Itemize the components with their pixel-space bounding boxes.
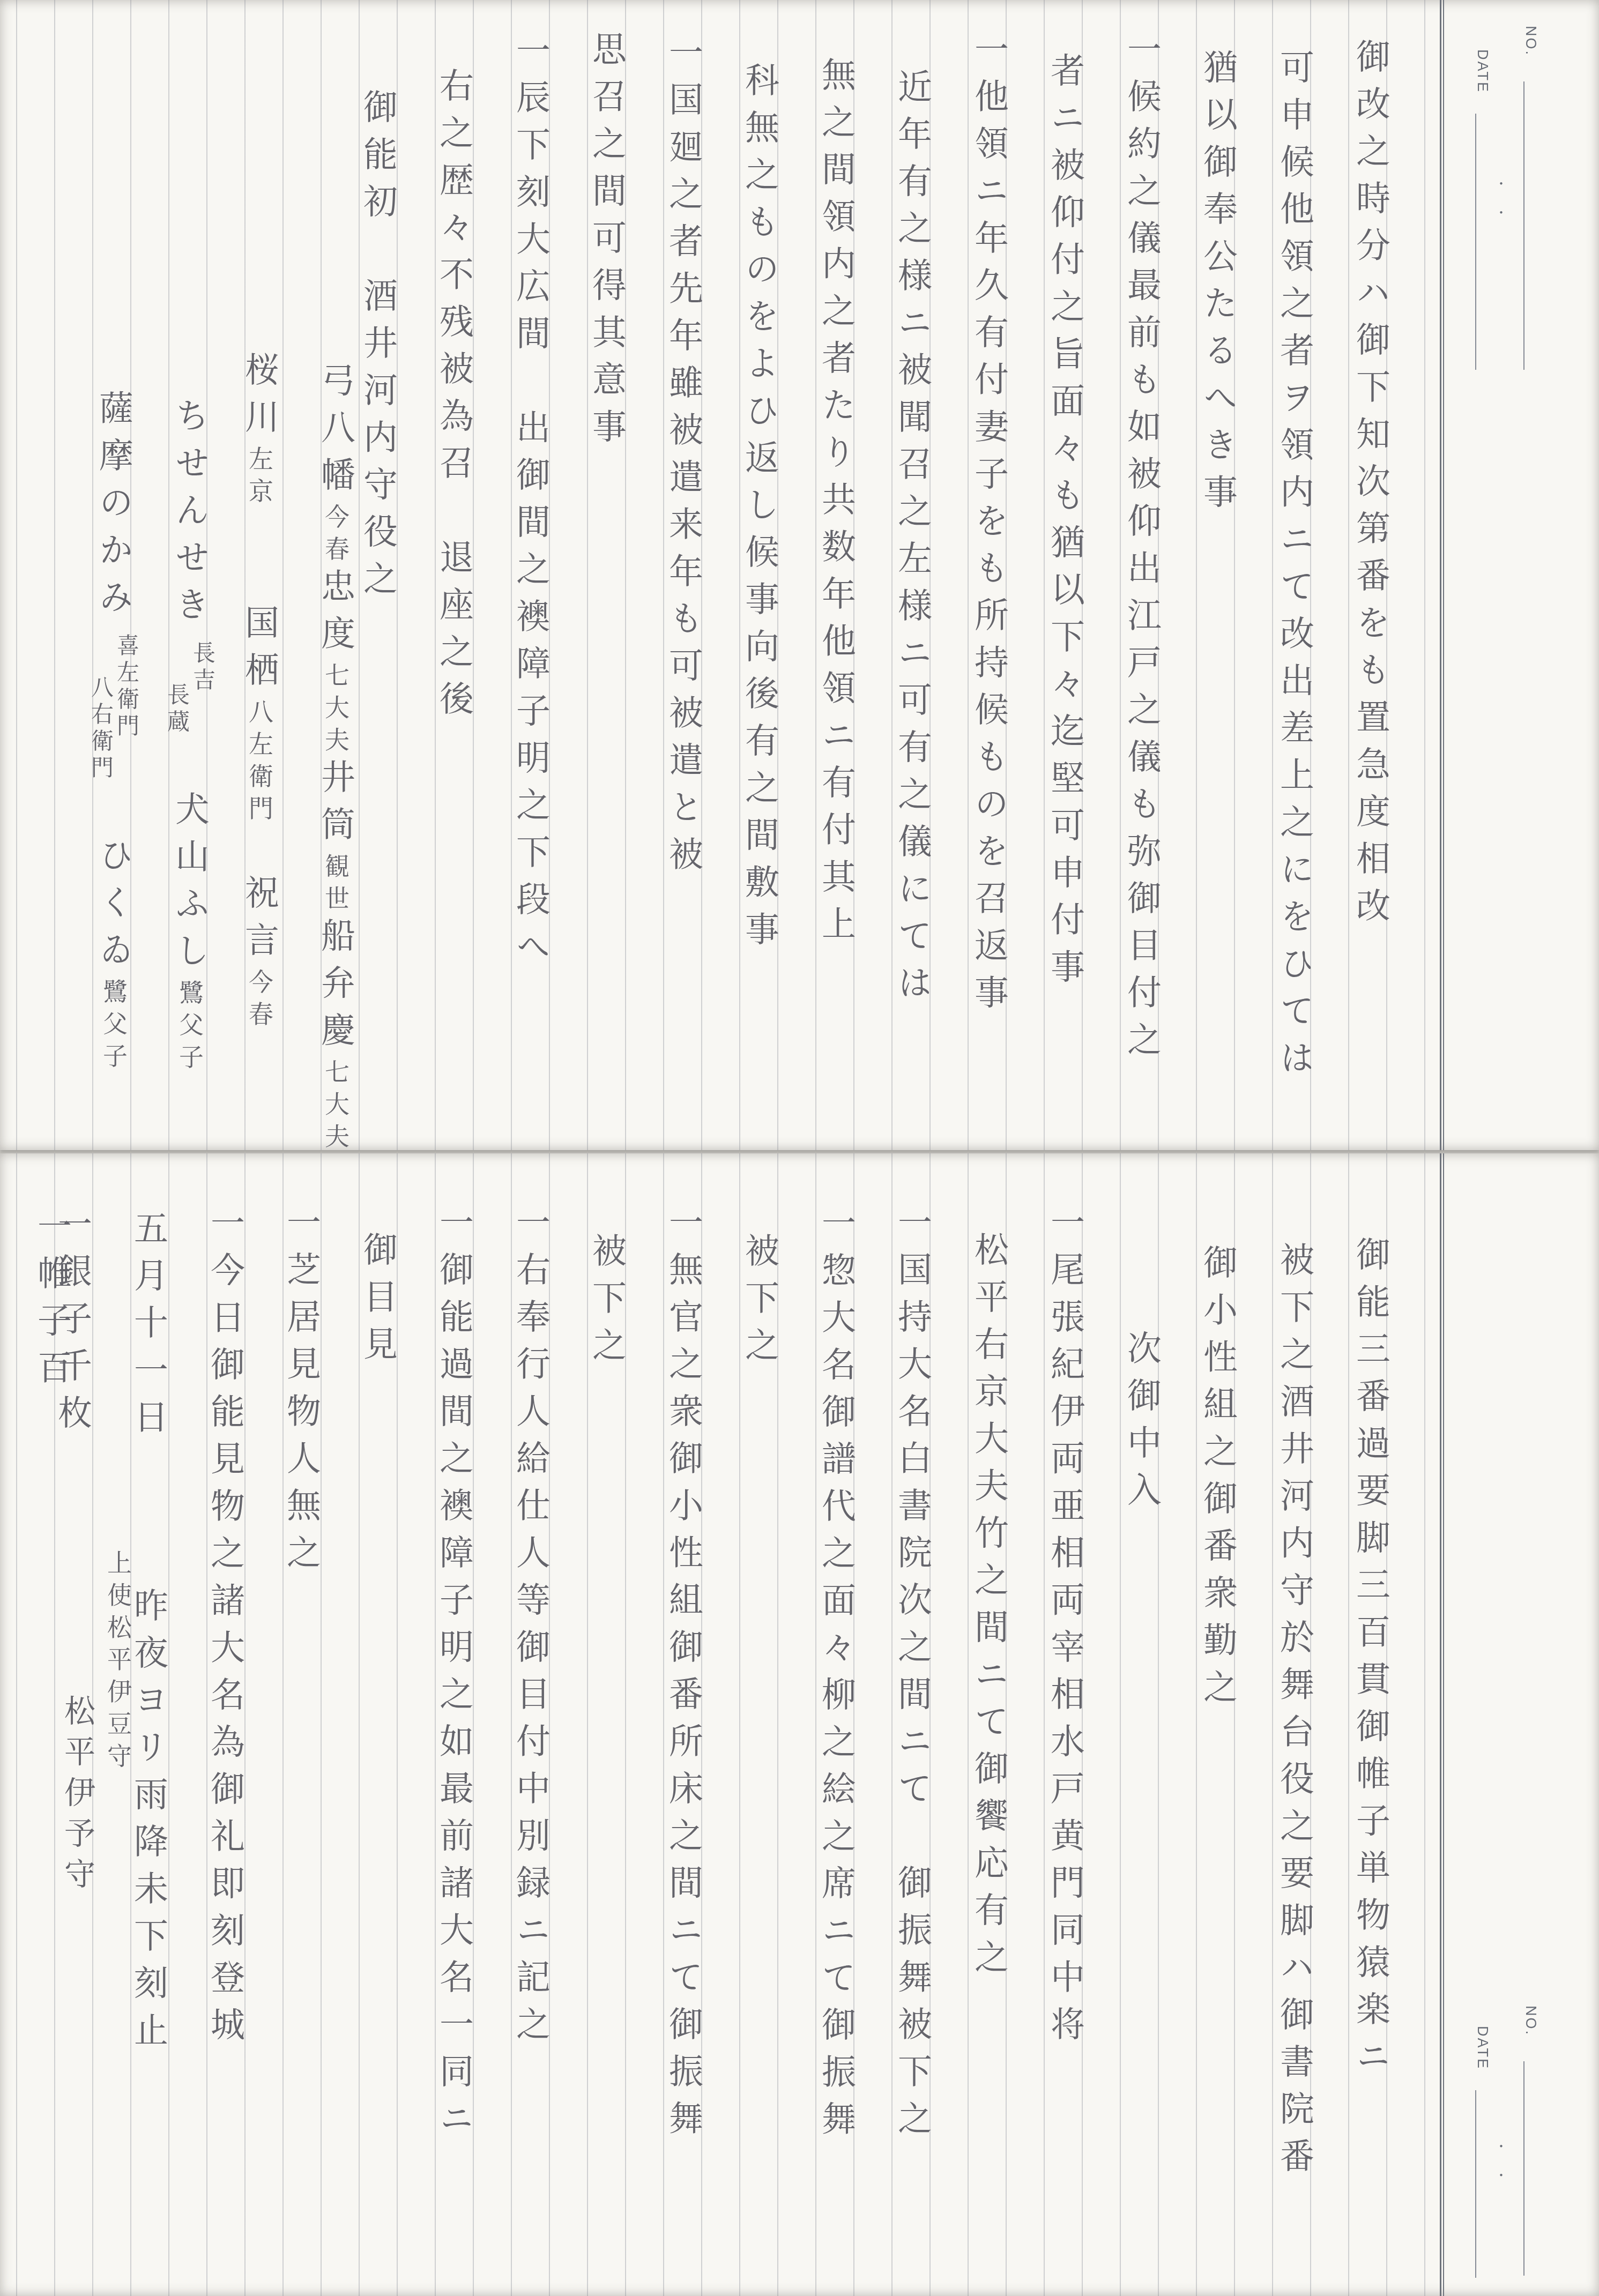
handwritten-column: 可申候他領之者ヲ領内ニて改出差上之にをひては — [1277, 49, 1311, 1087]
handwritten-column: 被下之 — [589, 1233, 623, 1374]
play-title: 弓八幡 — [316, 362, 354, 504]
no-label: NO. — [1522, 26, 1539, 56]
handwritten-column: 科無之ものをよひ返し候事向後有之間敷事 — [742, 62, 776, 958]
notebook-page-2: NO. DATE ・・ 御能三番過要脚三百貫御帷子単物猿楽ニ 被下之酒井河内守於… — [0, 1153, 1599, 2296]
handwritten-column: 一惣大名御譜代之面々柳之絵之席ニて御振舞 — [819, 1205, 853, 2148]
date-fill-line — [1475, 114, 1476, 370]
handwritten-column: 被下之酒井河内守於舞台役之要脚ハ御書院番 — [1277, 1242, 1311, 2185]
margin-double-line — [1440, 1153, 1444, 2296]
handwritten-column: 松平右京大夫竹之間ニて御饗応有之 — [971, 1232, 1006, 1986]
play-title: 忠度 — [316, 568, 354, 662]
performer-name-pair: 長吉長蔵 — [165, 641, 213, 736]
margin-double-line — [1440, 0, 1444, 1150]
handwritten-column: 被下之 — [742, 1233, 776, 1374]
handwritten-column: 一国持大名白書院次之間ニて 御振舞被下之 — [895, 1204, 929, 2148]
play-title: 犬山ふし — [170, 744, 209, 980]
date-label: DATE — [1474, 49, 1491, 93]
handwritten-column: 次御中入 — [1124, 1330, 1158, 1519]
performer-name: 観世 — [322, 853, 349, 918]
no-fill-line — [1523, 81, 1524, 370]
handwritten-column: 思召之間可得其意事 — [589, 31, 623, 456]
handwritten-column: 一御能過間之襖障子明之如最前諸大名一同ニ — [436, 1204, 471, 2148]
scanned-notebook: NO. DATE ・・ 御改之時分ハ御下知次第番をも置急度相改 可申候他領之者ヲ… — [0, 0, 1599, 2296]
handwritten-column: 一辰下刻大広間 出御間之襖障子明之下段へ — [513, 32, 547, 975]
handwritten-column: 一右奉行人給仕人等御目付中別録ニ記之 — [513, 1204, 547, 2053]
play-title: ひくゐ — [94, 790, 132, 979]
performer-name: 七大夫 — [322, 662, 349, 759]
date-entry-column: 五月十一日 昨夜ヨリ雨降未下刻止 — [131, 1210, 165, 2059]
notebook-page-1: NO. DATE ・・ 御改之時分ハ御下知次第番をも置急度相改 可申候他領之者ヲ… — [0, 0, 1599, 1150]
envoy-annotation: 上使松平伊豆守 — [105, 1550, 130, 1775]
handwritten-column: 一国廻之者先年雖被遣来年も可被遣と被 — [666, 34, 700, 883]
performer-name-pair: 喜左衛門八右衛門 — [89, 633, 137, 782]
handwritten-column: 一今日御能見物之諸大名為御礼即刻登城 — [207, 1205, 242, 2054]
handwritten-column: 一無官之衆御小性組御番所床之間ニて御振舞 — [666, 1204, 700, 2148]
play-title: ちせんせき — [170, 398, 209, 633]
handwritten-column: 御小性組之御番衆勤之 — [1200, 1244, 1234, 1716]
no-fill-line — [1523, 2061, 1524, 2276]
date-separator-dots: ・・ — [1490, 177, 1509, 235]
play-title: 船弁慶 — [316, 918, 354, 1059]
handwritten-column: 御目見 — [360, 1232, 395, 1373]
handwritten-column: 御改之時分ハ御下知次第番をも置急度相改 — [1353, 39, 1387, 935]
performer-name: 左京 — [246, 446, 273, 510]
performer-name: 七大夫 — [322, 1059, 349, 1156]
performer-name: 喜左衛門 — [115, 633, 137, 782]
handwritten-column: 右之歴々不残被為召 退座之後 — [436, 68, 471, 728]
performer-name: 八左衛門 — [246, 699, 273, 828]
date-label: DATE — [1474, 2026, 1491, 2070]
date-fill-line — [1475, 2090, 1476, 2278]
kyogen-program-column: 薩摩のかみ喜左衛門八右衛門 ひくゐ鷺父子 — [55, 85, 172, 1075]
handwritten-column: 者ニ被仰付之旨面々も猶以下々迄堅可申付事 — [1047, 53, 1082, 996]
performer-name: 今春 — [246, 969, 273, 1033]
date-separator-dots: ・・ — [1490, 2140, 1509, 2197]
handwritten-column: 御能三番過要脚三百貫御帷子単物猿楽ニ — [1353, 1236, 1387, 2085]
handwritten-column: 一他領ニ年久有付妻子をも所持候ものを召返事 — [971, 31, 1006, 1022]
performer-name: 鷺父子 — [176, 980, 203, 1076]
handwritten-column: 猶以御奉公たるへき事 — [1200, 49, 1234, 521]
performer-name: 鷺父子 — [100, 979, 127, 1075]
handwritten-column: 一候約之儀最前も如被仰出江戸之儀も弥御目付之 — [1124, 31, 1158, 1069]
performer-name: 今春 — [322, 504, 349, 568]
play-title: 井筒 — [316, 759, 354, 853]
play-title: 薩摩のかみ — [94, 390, 132, 626]
handwritten-column: 無之間領内之者たり共数年他領ニ有付其上 — [819, 57, 853, 953]
handwritten-column: 一尾張紀伊両亜相両宰相水戸黄門同中将 — [1047, 1204, 1082, 2053]
handwritten-column: 近年有之様ニ被聞召之左様ニ可有之儀にては — [895, 69, 929, 1012]
recipient-name: 松平伊予守 — [61, 1695, 92, 1898]
handwritten-column: 一帷子百 — [34, 1208, 69, 1397]
handwritten-column: 一芝居見物人無之 — [284, 1204, 318, 1582]
no-label: NO. — [1522, 2006, 1539, 2036]
performer-name: 長吉 — [191, 641, 213, 736]
performer-name: 八右衛門 — [89, 675, 111, 782]
